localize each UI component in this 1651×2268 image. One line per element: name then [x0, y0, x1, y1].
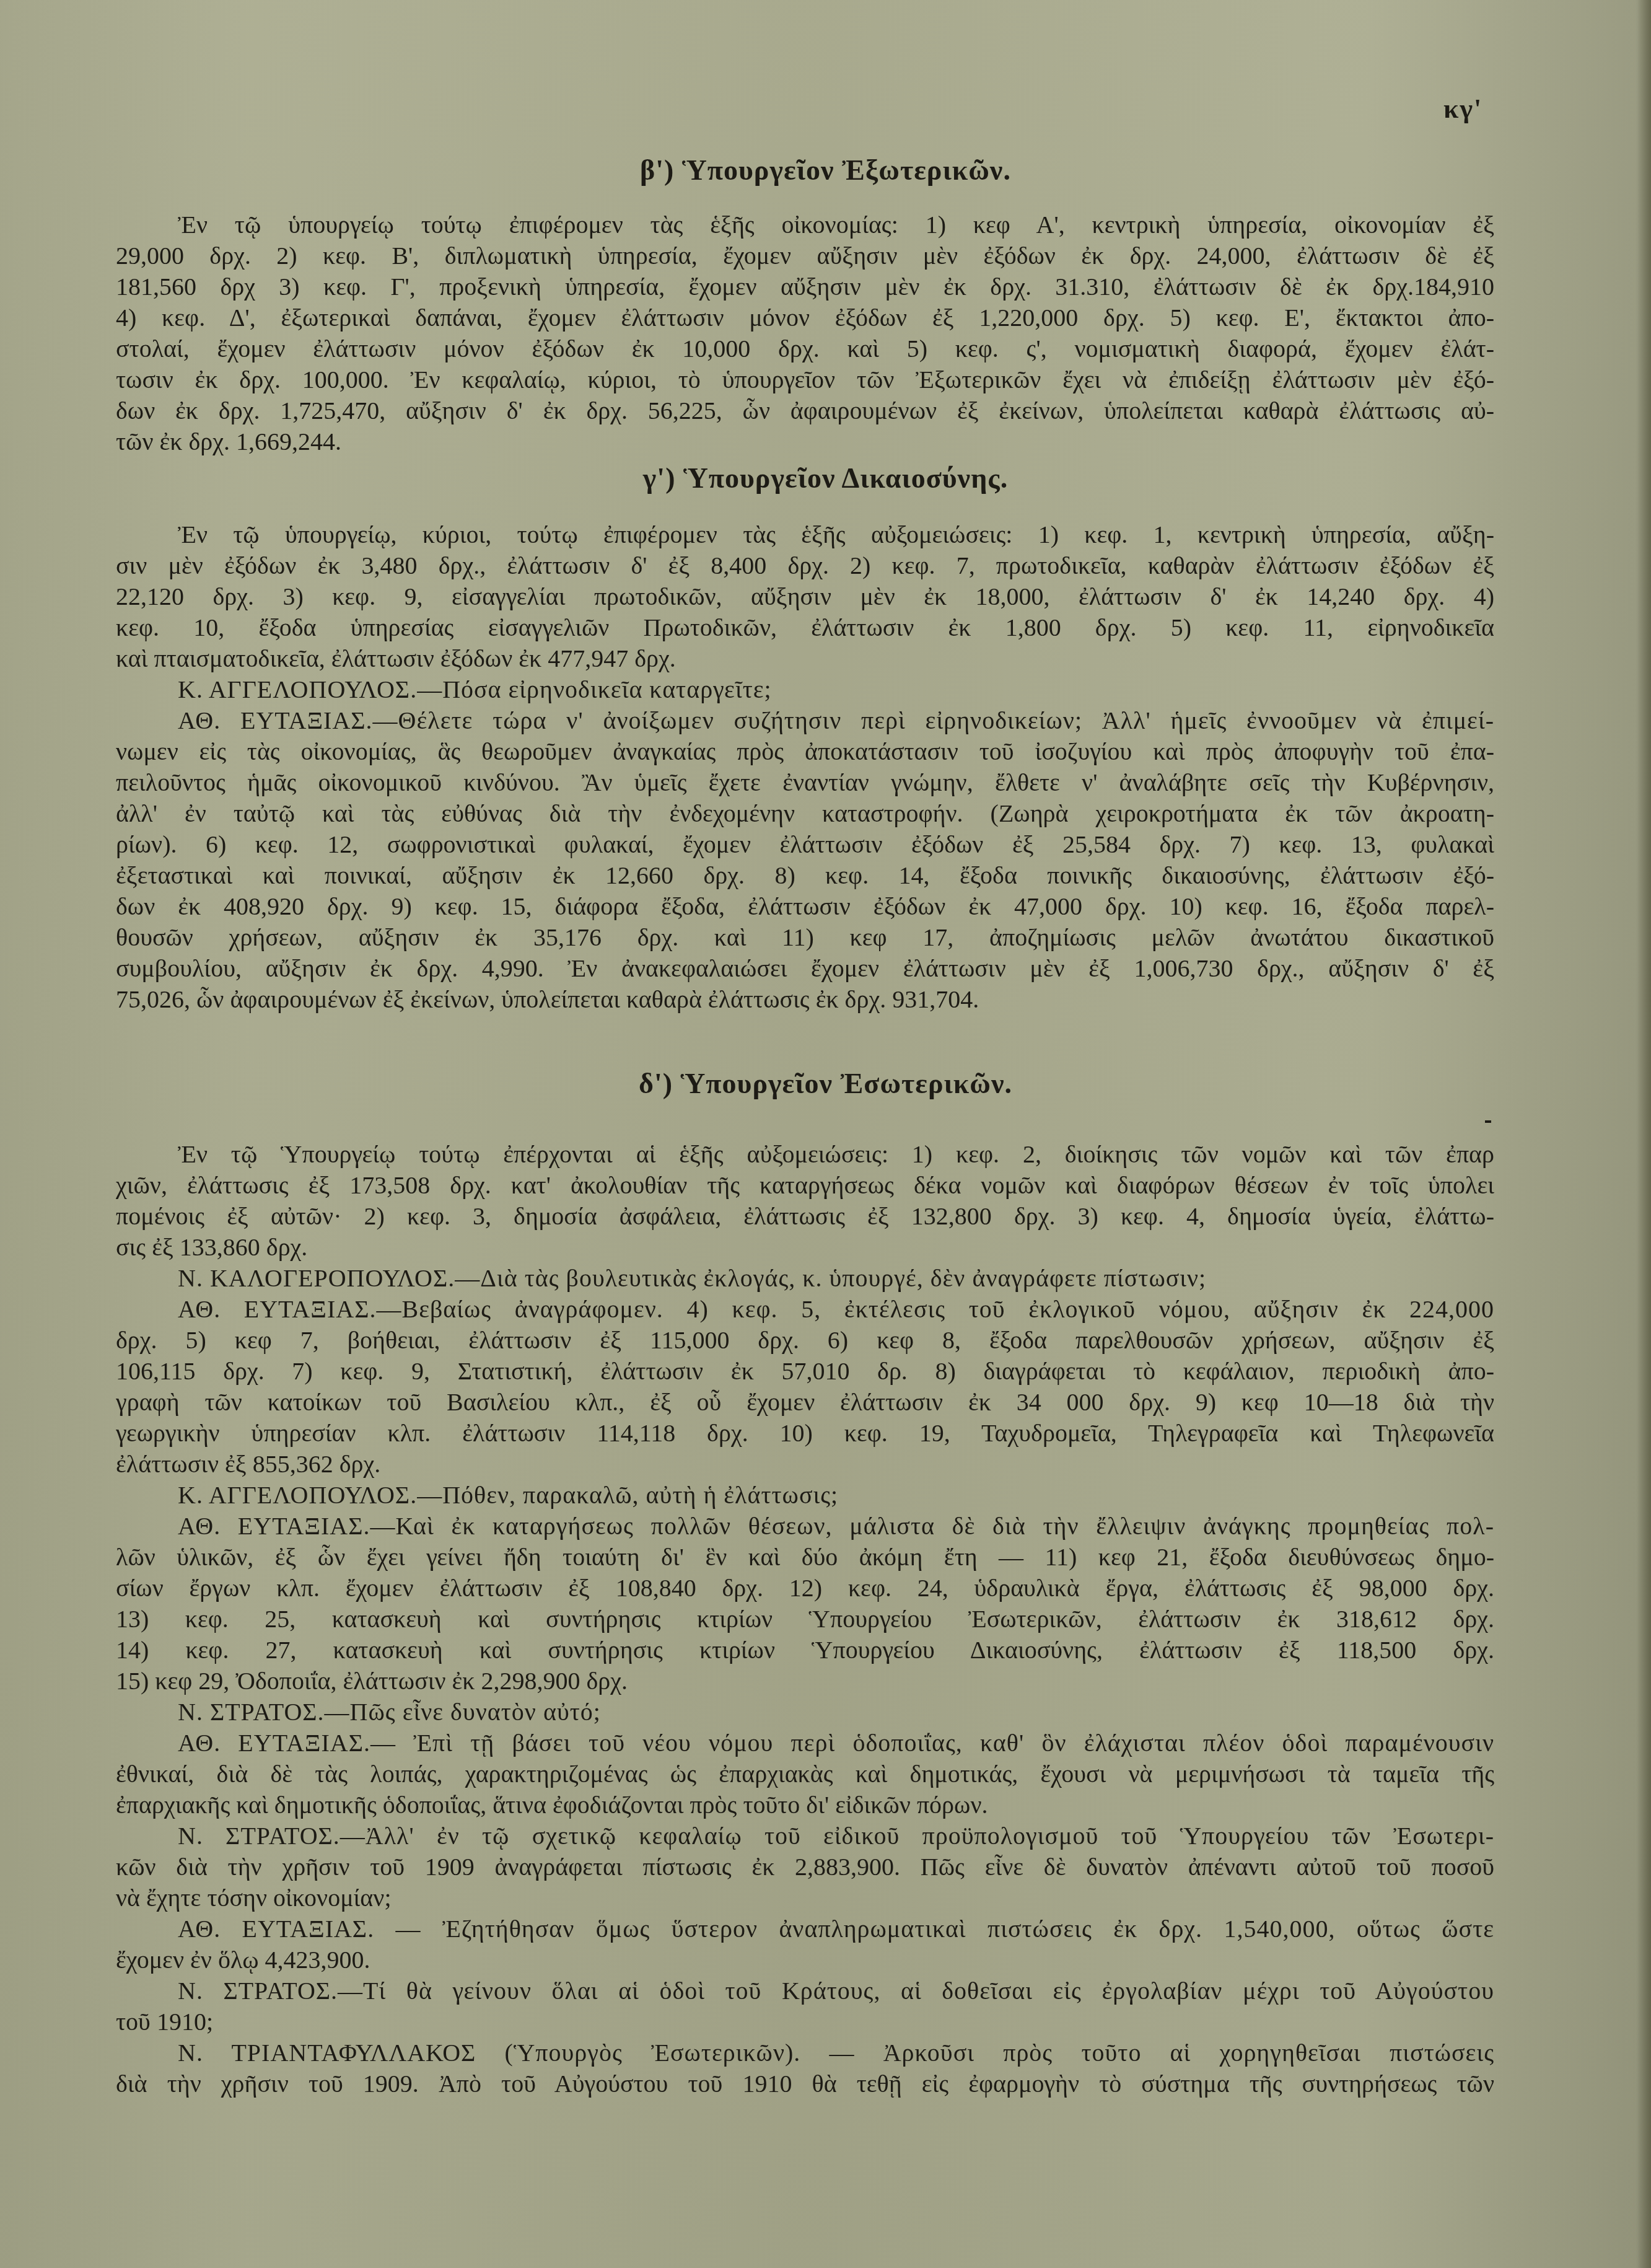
- text-line: ρίων). 6) κεφ. 12, σωφρονιστικαὶ φυλακαί…: [116, 829, 1494, 860]
- text-line: καὶ πταισματοδικεῖα, ἐλάττωσιν ἐξόδων ἐκ…: [116, 643, 1494, 674]
- text-line: 29,000 δρχ. 2) κεφ. Β', διπλωματικὴ ὑπηρ…: [116, 240, 1494, 271]
- speaker-line: Κ. ΑΓΓΕΛΟΠΟΥΛΟΣ.—Πόθεν, παρακαλῶ, αὐτὴ ἡ…: [116, 1480, 1494, 1511]
- text-line: νωμεν εἰς τὰς οἰκονομίας, ἃς θεωροῦμεν ἀ…: [116, 736, 1494, 767]
- text-line: κεφ. 10, ἔξοδα ὑπηρεσίας εἰσαγγελιῶν Πρω…: [116, 612, 1494, 643]
- text-line: ἐθνικαί, διὰ δὲ τὰς λοιπάς, χαρακτηριζομ…: [116, 1759, 1494, 1790]
- speaker-line: Ν. ΣΤΡΑΤΟΣ.—Τί θὰ γείνουν ὅλαι αἱ ὁδοὶ τ…: [116, 1976, 1494, 2006]
- text-line: πειλοῦντος ἡμᾶς οἰκονομικοῦ κινδύνου. Ἂν…: [116, 767, 1494, 798]
- text-line: τωσιν ἐκ δρχ. 100,000. Ἐν κεφαλαίῳ, κύρι…: [116, 364, 1494, 395]
- text-line: 22,120 δρχ. 3) κεφ. 9, εἰσαγγελίαι πρωτο…: [116, 581, 1494, 612]
- speaker-line: Κ. ΑΓΓΕΛΟΠΟΥΛΟΣ.—Πόσα εἰρηνοδικεῖα καταρ…: [116, 674, 1494, 705]
- speaker-line: ΑΘ. ΕΥΤΑΞΙΑΣ.— Ἐπὶ τῇ βάσει τοῦ νέου νόμ…: [116, 1728, 1494, 1759]
- text-line: 181,560 δρχ 3) κεφ. Γ', προξενικὴ ὑπηρεσ…: [116, 271, 1494, 302]
- text-line: σίων ἔργων κλπ. ἔχομεν ἐλάττωσιν ἐξ 108,…: [116, 1573, 1494, 1604]
- text-line: ἐλάττωσιν ἐξ 855,362 δρχ.: [116, 1449, 1494, 1480]
- text-line: συμβουλίου, αὔξησιν ἐκ δρχ. 4,990. Ἐν ἀν…: [116, 953, 1494, 984]
- text-line: 15) κεφ 29, Ὀδοποιΐα, ἐλάττωσιν ἐκ 2,298…: [116, 1666, 1494, 1697]
- text-line: ἀλλ' ἐν ταὐτῷ καὶ τὰς εὐθύνας διὰ τὴν ἐν…: [116, 798, 1494, 829]
- text-line: θουσῶν χρήσεων, αὔξησιν ἐκ 35,176 δρχ. κ…: [116, 922, 1494, 953]
- text-line: νὰ ἔχητε τόσην οἰκονομίαν;: [116, 1883, 1494, 1914]
- section-title-foreign-affairs: β') Ὑπουργεῖον Ἐξωτερικῶν.: [0, 154, 1651, 187]
- text-line: δρχ. 5) κεφ 7, βοήθειαι, ἐλάττωσιν ἐξ 11…: [116, 1325, 1494, 1356]
- text-line: 13) κεφ. 25, κατασκευὴ καὶ συντήρησις κτ…: [116, 1604, 1494, 1635]
- text-line: τῶν ἐκ δρχ. 1,669,244.: [116, 426, 1494, 457]
- text-line: χιῶν, ἐλάττωσις ἐξ 173,508 δρχ. κατ' ἀκο…: [116, 1170, 1494, 1201]
- text-line: δων ἐκ 408,920 δρχ. 9) κεφ. 15, διάφορα …: [116, 891, 1494, 922]
- speaker-line: Ν. ΣΤΡΑΤΟΣ.—Ἀλλ' ἐν τῷ σχετικῷ κεφαλαίῳ …: [116, 1821, 1494, 1852]
- section-title-justice: γ') Ὑπουργεῖον Δικαιοσύνης.: [0, 462, 1651, 494]
- page-edge-shadow: [1637, 0, 1651, 2268]
- text-line: γραφὴ τῶν κατοίκων τοῦ Βασιλείου κλπ., ἐ…: [116, 1387, 1494, 1418]
- text-line: ἔχομεν ἐν ὅλῳ 4,423,900.: [116, 1945, 1494, 1976]
- text-line: γεωργικὴν ὑπηρεσίαν κλπ. ἐλάττωσιν 114,1…: [116, 1418, 1494, 1449]
- speaker-line: ΑΘ. ΕΥΤΑΞΙΑΣ.—Θέλετε τώρα ν' ἀνοίξωμεν σ…: [116, 705, 1494, 736]
- text-line: Ἐν τῷ ὑπουργείῳ τούτῳ ἐπιφέρομεν τὰς ἑξῆ…: [116, 209, 1494, 240]
- section-body-interior: Ἐν τῷ Ὑπουργείῳ τούτῳ ἐπέρχονται αἱ ἑξῆς…: [116, 1139, 1494, 2099]
- speaker-line: ΑΘ. ΕΥΤΑΞΙΑΣ.—Καὶ ἐκ καταργήσεως πολλῶν …: [116, 1511, 1494, 1542]
- document-page: κγ' β') Ὑπουργεῖον Ἐξωτερικῶν. Ἐν τῷ ὑπο…: [0, 0, 1651, 2268]
- text-line: δων ἐκ δρχ. 1,725,470, αὔξησιν δ' ἐκ δρχ…: [116, 395, 1494, 426]
- text-line: Ἐν τῷ ὑπουργείῳ, κύριοι, τούτῳ ἐπιφέρομε…: [116, 519, 1494, 550]
- speaker-line: ΑΘ. ΕΥΤΑΞΙΑΣ. — Ἐζητήθησαν ὅμως ὕστερον …: [116, 1914, 1494, 1945]
- margin-mark: [1485, 1120, 1491, 1123]
- speaker-line: ΑΘ. ΕΥΤΑΞΙΑΣ.—Βεβαίως ἀναγράφομεν. 4) κε…: [116, 1294, 1494, 1325]
- text-line: 106,115 δρχ. 7) κεφ. 9, Στατιστική, ἐλάτ…: [116, 1356, 1494, 1387]
- text-line: σιν μὲν ἐξόδων ἐκ 3,480 δρχ., ἐλάττωσιν …: [116, 550, 1494, 581]
- section-body-foreign-affairs: Ἐν τῷ ὑπουργείῳ τούτῳ ἐπιφέρομεν τὰς ἑξῆ…: [116, 209, 1494, 457]
- speaker-line: Ν. ΣΤΡΑΤΟΣ.—Πῶς εἶνε δυνατὸν αὐτό;: [116, 1697, 1494, 1728]
- section-title-interior: δ') Ὑπουργεῖον Ἐσωτερικῶν.: [0, 1067, 1651, 1100]
- text-line: Ἐν τῷ Ὑπουργείῳ τούτῳ ἐπέρχονται αἱ ἑξῆς…: [116, 1139, 1494, 1170]
- page-number: κγ': [1443, 93, 1482, 125]
- speaker-line: Ν. ΤΡΙΑΝΤΑΦΥΛΛΑΚΟΣ (Ὑπουργὸς Ἐσωτερικῶν)…: [116, 2037, 1494, 2068]
- text-line: 14) κεφ. 27, κατασκευὴ καὶ συντήρησις κτ…: [116, 1635, 1494, 1666]
- speaker-line: Ν. ΚΑΛΟΓΕΡΟΠΟΥΛΟΣ.—Διὰ τὰς βουλευτικὰς ἐ…: [116, 1263, 1494, 1294]
- text-line: ἐξεταστικαὶ καὶ ποινικαί, αὔξησιν ἐκ 12,…: [116, 860, 1494, 891]
- text-line: 75,026, ὧν ἀφαιρουμένων ἐξ ἐκείνων, ὑπολ…: [116, 984, 1494, 1015]
- text-line: 4) κεφ. Δ', ἐξωτερικαὶ δαπάναι, ἔχομεν ἐ…: [116, 302, 1494, 333]
- text-line: τοῦ 1910;: [116, 2006, 1494, 2037]
- text-line: ἐπαρχιακῆς καὶ δημοτικῆς ὁδοποιΐας, ἅτιν…: [116, 1790, 1494, 1821]
- text-line: λῶν ὑλικῶν, ἐξ ὧν ἔχει γείνει ἤδη τοιαύτ…: [116, 1542, 1494, 1573]
- text-line: σις ἐξ 133,860 δρχ.: [116, 1232, 1494, 1263]
- text-line: στολαί, ἔχομεν ἐλάττωσιν μόνον ἐξόδων ἐκ…: [116, 333, 1494, 364]
- text-line: πομένοις ἐξ αὐτῶν· 2) κεφ. 3, δημοσία ἀσ…: [116, 1201, 1494, 1232]
- text-line: κῶν διὰ τὴν χρῆσιν τοῦ 1909 ἀναγράφεται …: [116, 1852, 1494, 1883]
- section-body-justice: Ἐν τῷ ὑπουργείῳ, κύριοι, τούτῳ ἐπιφέρομε…: [116, 519, 1494, 1015]
- text-line: διὰ τὴν χρῆσιν τοῦ 1909. Ἀπὸ τοῦ Αὐγούστ…: [116, 2068, 1494, 2099]
